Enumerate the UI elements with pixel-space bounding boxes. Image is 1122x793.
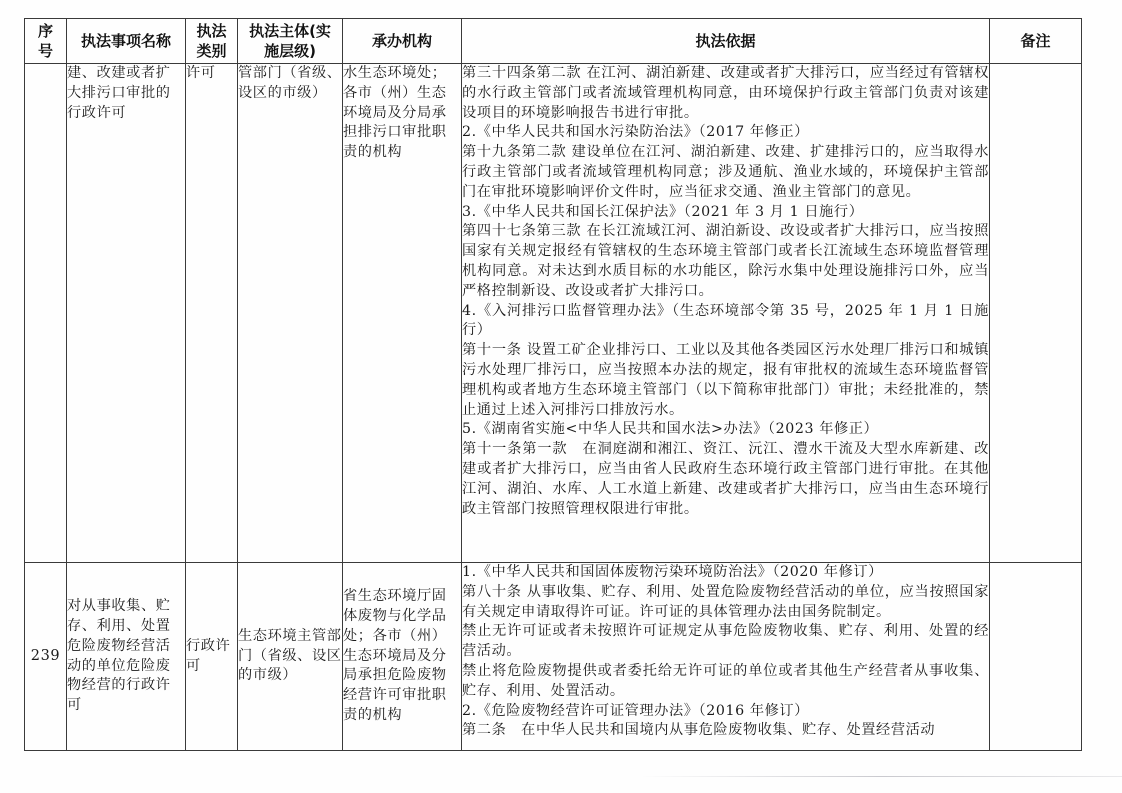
cell-subject: 生态环境主管部门（省级、设区的市级） [238, 563, 343, 751]
cell-seq [25, 64, 67, 563]
cell-item-name: 建、改建或者扩大排污口审批的行政许可 [67, 64, 186, 563]
header-remarks: 备注 [990, 19, 1082, 64]
basis-paragraph: 1.《中华人民共和国固体废物污染环境防治法》（2020 年修订） [462, 563, 989, 583]
basis-paragraph: 禁止将危险废物提供或者委托给无许可证的单位或者其他生产经营者从事收集、贮存、利用… [462, 662, 989, 702]
table-row: 建、改建或者扩大排污口审批的行政许可 许可 管部门（省级、设区的市级） 水生态环… [25, 64, 1082, 563]
cell-office: 水生态环境处；各市（州）生态环境局及分局承担排污口审批职责的机构 [343, 64, 462, 563]
cell-subject: 管部门（省级、设区的市级） [238, 64, 343, 563]
basis-paragraph: 2.《危险废物经营许可证管理办法》（2016 年修订） [462, 702, 989, 722]
basis-paragraph: 5.《湖南省实施<中华人民共和国水法>办法》（2023 年修正） [462, 420, 989, 440]
basis-paragraph: 第十一条 设置工矿企业排污口、工业以及其他各类园区污水处理厂排污口和城镇污水处理… [462, 341, 989, 420]
cell-category: 许可 [186, 64, 238, 563]
header-subject: 执法主体(实施层级) [238, 19, 343, 64]
basis-paragraph: 4.《入河排污口监督管理办法》（生态环境部令第 35 号，2025 年 1 月 … [462, 302, 989, 342]
header-seq: 序号 [25, 19, 67, 64]
basis-paragraph: 第十九条第二款 建设单位在江河、湖泊新建、改建、扩建排污口的，应当取得水行政主管… [462, 143, 989, 202]
basis-paragraph: 2.《中华人民共和国水污染防治法》（2017 年修正） [462, 123, 989, 143]
basis-paragraph: 第八十条 从事收集、贮存、利用、处置危险废物经营活动的单位，应当按照国家有关规定… [462, 583, 989, 623]
cell-item-name: 对从事收集、贮存、利用、处置危险废物经营活动的单位危险废物经营的行政许可 [67, 563, 186, 751]
enforcement-items-table: 序号 执法事项名称 执法类别 执法主体(实施层级) 承办机构 执法依据 备注 建… [24, 18, 1082, 751]
header-office: 承办机构 [343, 19, 462, 64]
document-page: 序号 执法事项名称 执法类别 执法主体(实施层级) 承办机构 执法依据 备注 建… [0, 0, 1122, 793]
header-basis: 执法依据 [462, 19, 990, 64]
header-item-name: 执法事项名称 [67, 19, 186, 64]
scan-artifact-line [640, 776, 1122, 777]
basis-paragraph: 禁止无许可证或者未按照许可证规定从事危险废物收集、贮存、利用、处置的经营活动。 [462, 622, 989, 662]
basis-paragraph: 3.《中华人民共和国长江保护法》（2021 年 3 月 1 日施行） [462, 203, 989, 223]
cell-remarks [990, 563, 1082, 751]
basis-paragraph: 第四十七条第三款 在长江流域江河、湖泊新设、改设或者扩大排污口，应当按照国家有关… [462, 222, 989, 301]
cell-seq: 239 [25, 563, 67, 751]
basis-paragraph: 第三十四条第二款 在江河、湖泊新建、改建或者扩大排污口，应当经过有管辖权的水行政… [462, 64, 989, 123]
header-category: 执法类别 [186, 19, 238, 64]
basis-paragraph: 第二条 在中华人民共和国境内从事危险废物收集、贮存、处置经营活动 [462, 721, 989, 741]
cell-basis: 第三十四条第二款 在江河、湖泊新建、改建或者扩大排污口，应当经过有管辖权的水行政… [462, 64, 990, 563]
cell-basis: 1.《中华人民共和国固体废物污染环境防治法》（2020 年修订） 第八十条 从事… [462, 563, 990, 751]
cell-office: 省生态环境厅固体废物与化学品处；各市（州）生态环境局及分局承担危险废物经营许可审… [343, 563, 462, 751]
basis-paragraph: 第十一条第一款 在洞庭湖和湘江、资江、沅江、澧水干流及大型水库新建、改建或者扩大… [462, 440, 989, 519]
table-row: 239 对从事收集、贮存、利用、处置危险废物经营活动的单位危险废物经营的行政许可… [25, 563, 1082, 751]
cell-remarks [990, 64, 1082, 563]
table-header-row: 序号 执法事项名称 执法类别 执法主体(实施层级) 承办机构 执法依据 备注 [25, 19, 1082, 64]
cell-category: 行政许可 [186, 563, 238, 751]
